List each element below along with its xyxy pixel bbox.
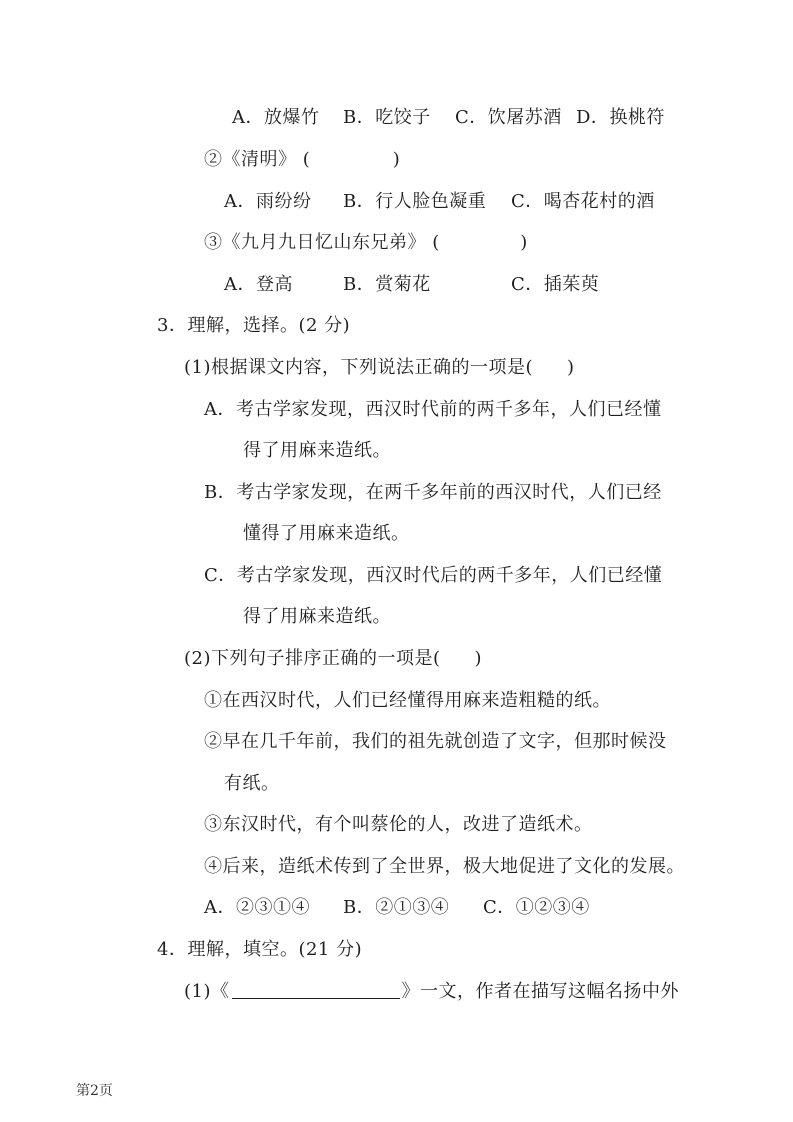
question-3-heading: 3．理解，选择。(2 分) — [157, 314, 350, 338]
q3-sub1-option-b: B．考古学家发现，在两千多年前的西汉时代，人们已经 — [204, 481, 662, 505]
option-c: C．喝杏花村的酒 — [511, 190, 655, 214]
option-c: C．①②③④ — [483, 896, 590, 920]
option-a: A．放爆竹 — [232, 106, 320, 130]
answer-paren-close: ) — [520, 232, 528, 253]
q3-sub1-option-c-cont: 得了用麻来造纸。 — [243, 605, 391, 629]
answer-paren-open: ( — [303, 149, 311, 170]
q3-sub1-prompt: (1)根据课文内容，下列说法正确的一项是() — [184, 356, 575, 380]
subitem-jiuyue: ③《九月九日忆山东兄弟》 ( ) — [204, 231, 528, 255]
sentence-3: ③东汉时代，有个叫蔡伦的人，改进了造纸术。 — [204, 813, 593, 837]
option-b: B．②①③④ — [343, 896, 449, 920]
option-b: B．吃饺子 — [343, 106, 431, 130]
sentence-2-cont: 有纸。 — [224, 772, 280, 796]
q3-sub1-option-b-cont: 懂得了用麻来造纸。 — [243, 522, 410, 546]
question-4-heading: 4．理解，填空。(21 分) — [157, 938, 362, 962]
sentence-4: ④后来，造纸术传到了全世界，极大地促进了文化的发展。 — [204, 855, 685, 879]
option-b: B．赏菊花 — [343, 273, 431, 297]
q3-sub1-option-a: A．考古学家发现，西汉时代前的两千多年，人们已经懂 — [204, 398, 662, 422]
q4-sub1: (1)《》一文，作者在描写这幅名扬中外 — [184, 980, 679, 1004]
option-a: A．雨纷纷 — [224, 190, 312, 214]
option-a: A．②③①④ — [204, 896, 310, 920]
q3-sub1-option-c: C．考古学家发现，西汉时代后的两千多年，人们已经懂 — [204, 564, 662, 588]
sentence-2: ②早在几千年前，我们的祖先就创造了文字，但那时候没 — [204, 730, 667, 754]
fill-in-blank[interactable] — [232, 980, 400, 999]
subitem-qingming: ②《清明》 ( ) — [204, 148, 400, 172]
q3-sub1-option-a-cont: 得了用麻来造纸。 — [243, 439, 391, 463]
sentence-1: ①在西汉时代，人们已经懂得用麻来造粗糙的纸。 — [204, 689, 611, 713]
answer-paren-open: ( — [432, 232, 440, 253]
option-c: C．饮屠苏酒 — [455, 106, 562, 130]
option-c: C．插茱萸 — [511, 273, 599, 297]
q3-sub2-prompt: (2)下列句子排序正确的一项是() — [184, 647, 482, 671]
answer-paren-close: ) — [393, 149, 401, 170]
option-d: D．换桃符 — [576, 106, 665, 130]
page-number: 第2页 — [76, 1080, 113, 1100]
option-a: A．登高 — [224, 273, 293, 297]
option-b: B．行人脸色凝重 — [343, 190, 486, 214]
